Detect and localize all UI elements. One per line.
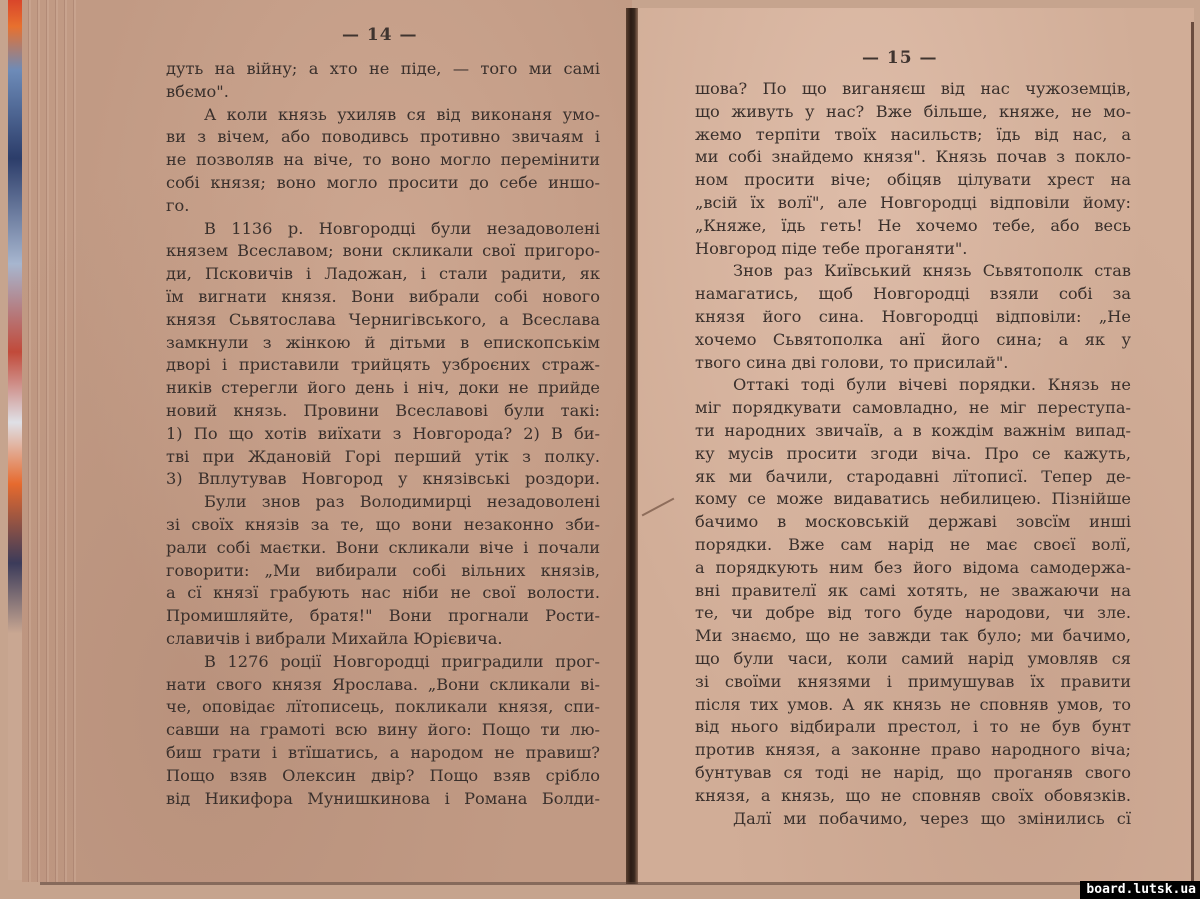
text-line: не позволяв на віче, то воно могло перем… [166,149,600,172]
text-line: ном просити віче; обіцяв цілувати хрест … [695,169,1131,192]
text-line: князем Всеславом; вони скликали свої при… [166,240,600,263]
text-line: рали собі маєтки. Вони скликали віче і п… [166,537,600,560]
text-line: шова? По що виганяєш від нас чужоземців, [695,78,1131,101]
book-spine [626,8,638,884]
text-line: тві при Ждановій Горі перший утік з полк… [166,446,600,469]
text-line: а порядкують ним без його відома самодер… [695,557,1131,580]
text-line: князя, а князь, що не сповняв своїх обов… [695,785,1131,808]
text-line: го. [166,195,600,218]
text-line: а сї князї грабують нас ніби не свої вол… [166,582,600,605]
right-page-number: — 15 — [862,48,938,68]
text-line: В 1276 роції Новгородці приградили прог- [166,651,600,674]
text-line: від нього відбирали престол, і то не був… [695,716,1131,739]
text-line: бачимо в московській державі зовсїм инші [695,511,1131,534]
text-line: новий князь. Провини Всеславові були так… [166,400,600,423]
text-line: 3) Вплутував Новгород у князівські роздо… [166,468,600,491]
text-line: дворі і приставили трийцять узброєних ст… [166,354,600,377]
text-line: жемо терпіти твоїх насильств; їдь від на… [695,124,1131,147]
text-line: ку мусів просити згоди віча. Про се кажу… [695,443,1131,466]
text-line: ми собі знайдемо князя". Князь почав з п… [695,146,1131,169]
text-line: зі своїми князями і примушував їх правит… [695,671,1131,694]
text-line: хочемо Сьвятополка анї його сина; а як у [695,329,1131,352]
text-line: вні правителї як самі хотять, не зважаюч… [695,580,1131,603]
page-bottom-shadow [40,882,1200,885]
watermark: board.lutsk.ua [1080,881,1200,899]
page-edges [22,0,82,882]
text-line: 1) По що хотів виїхати з Новгорода? 2) В… [166,423,600,446]
text-line: „всій їх волї", але Новгородці відповіли… [695,192,1131,215]
text-line: ви з вічем, або поводивсь противно звича… [166,126,600,149]
text-line: що живуть у нас? Вже більше, княже, не м… [695,101,1131,124]
text-line: зі своїх князів за те, що вони незаконно… [166,514,600,537]
text-line: говорити: „Ми вибирали собі вільних княз… [166,560,600,583]
text-line: ників стерегли його день і ніч, доки не … [166,377,600,400]
page-edge [1191,22,1194,892]
text-line: міг порядкувати самовладно, не міг перес… [695,397,1131,420]
text-line: нати свого князя Ярослава. „Вони скликал… [166,674,600,697]
text-line: намагатись, щоб Новгородці взяли собі за [695,283,1131,306]
text-line: Оттакі тоді були вічеві порядки. Князь н… [695,374,1131,397]
text-line: князя Сьвятослава Чернигівського, а Всес… [166,309,600,332]
text-line: Пощо взяв Олексин двір? Пощо взяв срібло [166,765,600,788]
text-line: твого сина дві голови, то присилай". [695,352,1131,375]
text-line: князя його сина. Новгородці відповіли: „… [695,306,1131,329]
text-line: В 1136 р. Новгородці були незадоволені [166,218,600,241]
text-line: Новгород піде тебе проганяти". [695,238,1131,261]
text-line: Були знов раз Володимирці незадоволені [166,491,600,514]
text-line: Знов раз Київський князь Сьвятополк став [695,260,1131,283]
text-line: ти народних звичаїв, а в кождім важнім в… [695,420,1131,443]
right-page-text: шова? По що виганяєш від нас чужоземців,… [695,78,1131,830]
text-line: після тих умов. А як князь не сповняв ум… [695,694,1131,717]
text-line: Промишляйте, братя!" Вони прогнали Рости… [166,605,600,628]
text-line: дуть на війну; а хто не піде, — того ми … [166,58,600,81]
left-page-text: дуть на війну; а хто не піде, — того ми … [166,58,600,810]
text-line: замкнули з жінкою й дітьми в епископські… [166,332,600,355]
text-line: А коли князь ухиляв ся від виконаня умо- [166,104,600,127]
text-line: як ми бачили, стародавні лїтописї. Тепер… [695,466,1131,489]
left-page-number: — 14 — [342,25,418,45]
text-line: бунтував ся тоді не нарід, що проганяв с… [695,762,1131,785]
text-line: собі князя; воно могло просити до себе и… [166,172,600,195]
text-line: че, оповідає лїтописець, покликали князя… [166,696,600,719]
text-line: ди, Псковичів і Ладожан, і стали радити,… [166,263,600,286]
text-line: савши на грамоті всю вину його: Пощо ти … [166,719,600,742]
text-line: вбємо". [166,81,600,104]
text-line: против князя, а законне право народного … [695,739,1131,762]
text-line: кому се може видаватись небилицею. Пізні… [695,488,1131,511]
text-line: від Никифора Мунишкинова і Романа Болди- [166,788,600,811]
text-line: биш грати і втїшатись, а народом не прав… [166,742,600,765]
text-line: „Княже, їдь геть! Не хочемо тебе, або ве… [695,215,1131,238]
text-line: те, чи добре від того буде народови, чи … [695,602,1131,625]
text-line: Ми знаємо, що не завжди так було; ми бач… [695,625,1131,648]
text-line: що були часи, коли самий нарід умовляв с… [695,648,1131,671]
text-line: порядки. Вже сам нарід не має своєї волї… [695,534,1131,557]
text-line: їм вигнати князя. Вони вибрали собі ново… [166,286,600,309]
text-line: Далї ми побачимо, через що змінились сї [695,808,1131,831]
text-line: славичів і вибрали Михайла Юрієвича. [166,628,600,651]
